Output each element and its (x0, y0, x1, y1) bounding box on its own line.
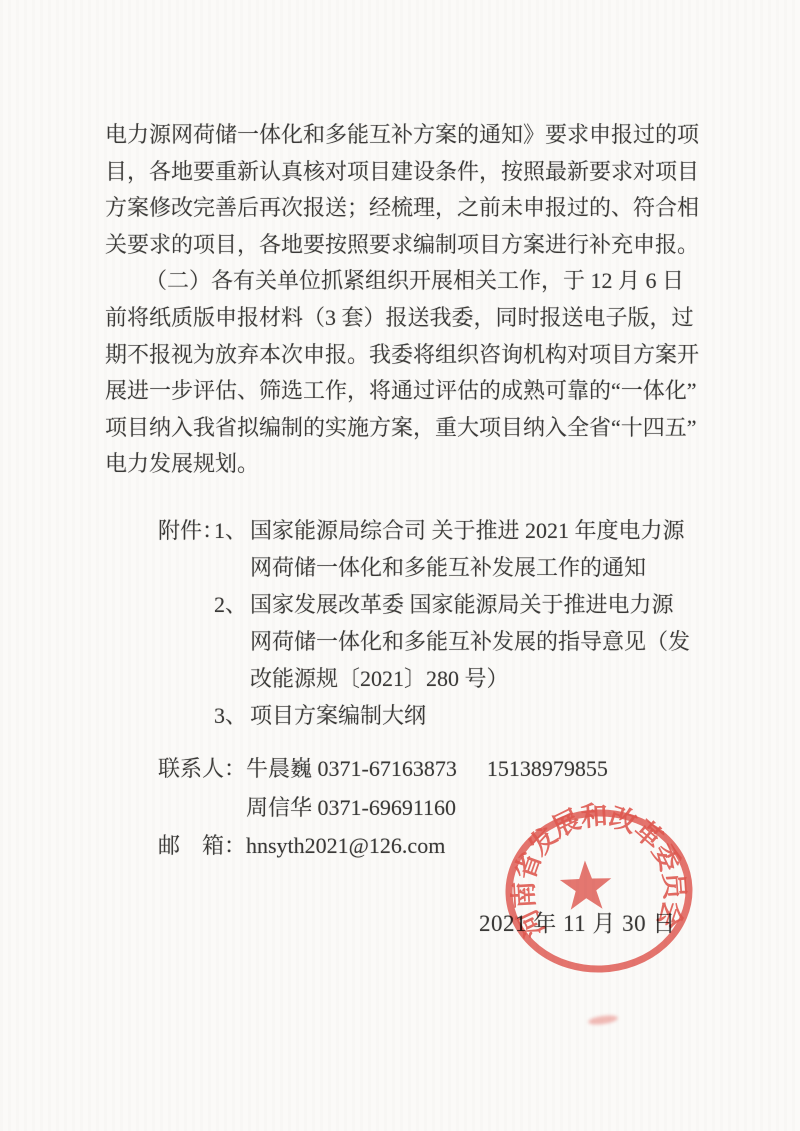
body-paragraphs: 电力源网荷储一体化和多能互补方案的通知》要求申报过的项目，各地要重新认真核对项目… (105, 117, 701, 483)
attachment-item: 2、国家发展改革委 国家能源局关于推进电力源网荷储一体化和多能互补发展的指导意见… (214, 586, 690, 697)
document-page: 电力源网荷储一体化和多能互补方案的通知》要求申报过的项目，各地要重新认真核对项目… (0, 0, 800, 1131)
attachment-lines: 国家能源局综合司 关于推进 2021 年度电力源网荷储一体化和多能互补发展工作的… (250, 512, 685, 586)
attachment-line: 网荷储一体化和多能互补发展的指导意见（发 (250, 623, 690, 660)
text-line: 电力源网荷储一体化和多能互补方案的通知》要求申报过的项 (105, 117, 701, 154)
text-line: 方案修改完善后再次报送；经梳理，之前未申报过的、符合相 (105, 190, 701, 227)
seal-star-icon (559, 860, 612, 911)
attachment-line: 国家发展改革委 国家能源局关于推进电力源 (250, 586, 690, 623)
attachment-line: 项目方案编制大纲 (250, 697, 426, 734)
contact-row: 联系人：牛晨巍 0371-6716387315138979855 (158, 750, 608, 789)
email-label: 邮 箱： (158, 827, 246, 866)
contacts-label: 联系人： (158, 750, 246, 789)
contact-name-phone: 周信华 0371-69691160 (246, 795, 456, 820)
official-seal: 河南省发展和改革委员会 (496, 788, 703, 995)
attachment-number: 2、 (214, 586, 250, 623)
text-line: 目，各地要重新认真核对项目建设条件，按照最新要求对项目 (105, 154, 701, 191)
attachment-line: 改能源规〔2021〕280 号） (250, 660, 690, 697)
seal-text: 河南省发展和改革委员会 (506, 798, 691, 942)
attachment-lines: 国家发展改革委 国家能源局关于推进电力源网荷储一体化和多能互补发展的指导意见（发… (250, 586, 690, 697)
attachment-number: 3、 (214, 697, 250, 734)
ink-smudge (588, 1014, 619, 1026)
attachments-items: 1、国家能源局综合司 关于推进 2021 年度电力源网荷储一体化和多能互补发展工… (214, 512, 690, 734)
text-line: 电力发展规划。 (105, 446, 701, 483)
text-line: 期不报视为放弃本次申报。我委将组织咨询机构对项目方案开 (105, 337, 701, 374)
contact-name-phone: 牛晨巍 0371-67163873 (246, 756, 457, 781)
attachments-block: 附件： 1、国家能源局综合司 关于推进 2021 年度电力源网荷储一体化和多能互… (158, 512, 690, 734)
attachment-line: 网荷储一体化和多能互补发展工作的通知 (250, 549, 685, 586)
attachment-line: 国家能源局综合司 关于推进 2021 年度电力源 (250, 512, 685, 549)
attachments-label: 附件： (158, 512, 214, 549)
attachment-item: 3、项目方案编制大纲 (214, 697, 690, 734)
attachment-item: 1、国家能源局综合司 关于推进 2021 年度电力源网荷储一体化和多能互补发展工… (214, 512, 690, 586)
contact-mobile: 15138979855 (487, 756, 608, 781)
attachment-lines: 项目方案编制大纲 (250, 697, 426, 734)
email-value: hnsyth2021@126.com (246, 833, 445, 858)
text-line: 关要求的项目，各地要按照要求编制项目方案进行补充申报。 (105, 227, 701, 264)
text-line: 项目纳入我省拟编制的实施方案，重大项目纳入全省“十四五” (105, 410, 701, 447)
text-line: 前将纸质版申报材料（3 套）报送我委，同时报送电子版，过 (105, 300, 701, 337)
attachment-number: 1、 (214, 512, 250, 549)
text-line: （二）各有关单位抓紧组织开展相关工作，于 12 月 6 日 (105, 263, 701, 300)
text-line: 展进一步评估、筛选工作，将通过评估的成熟可靠的“一体化” (105, 373, 701, 410)
